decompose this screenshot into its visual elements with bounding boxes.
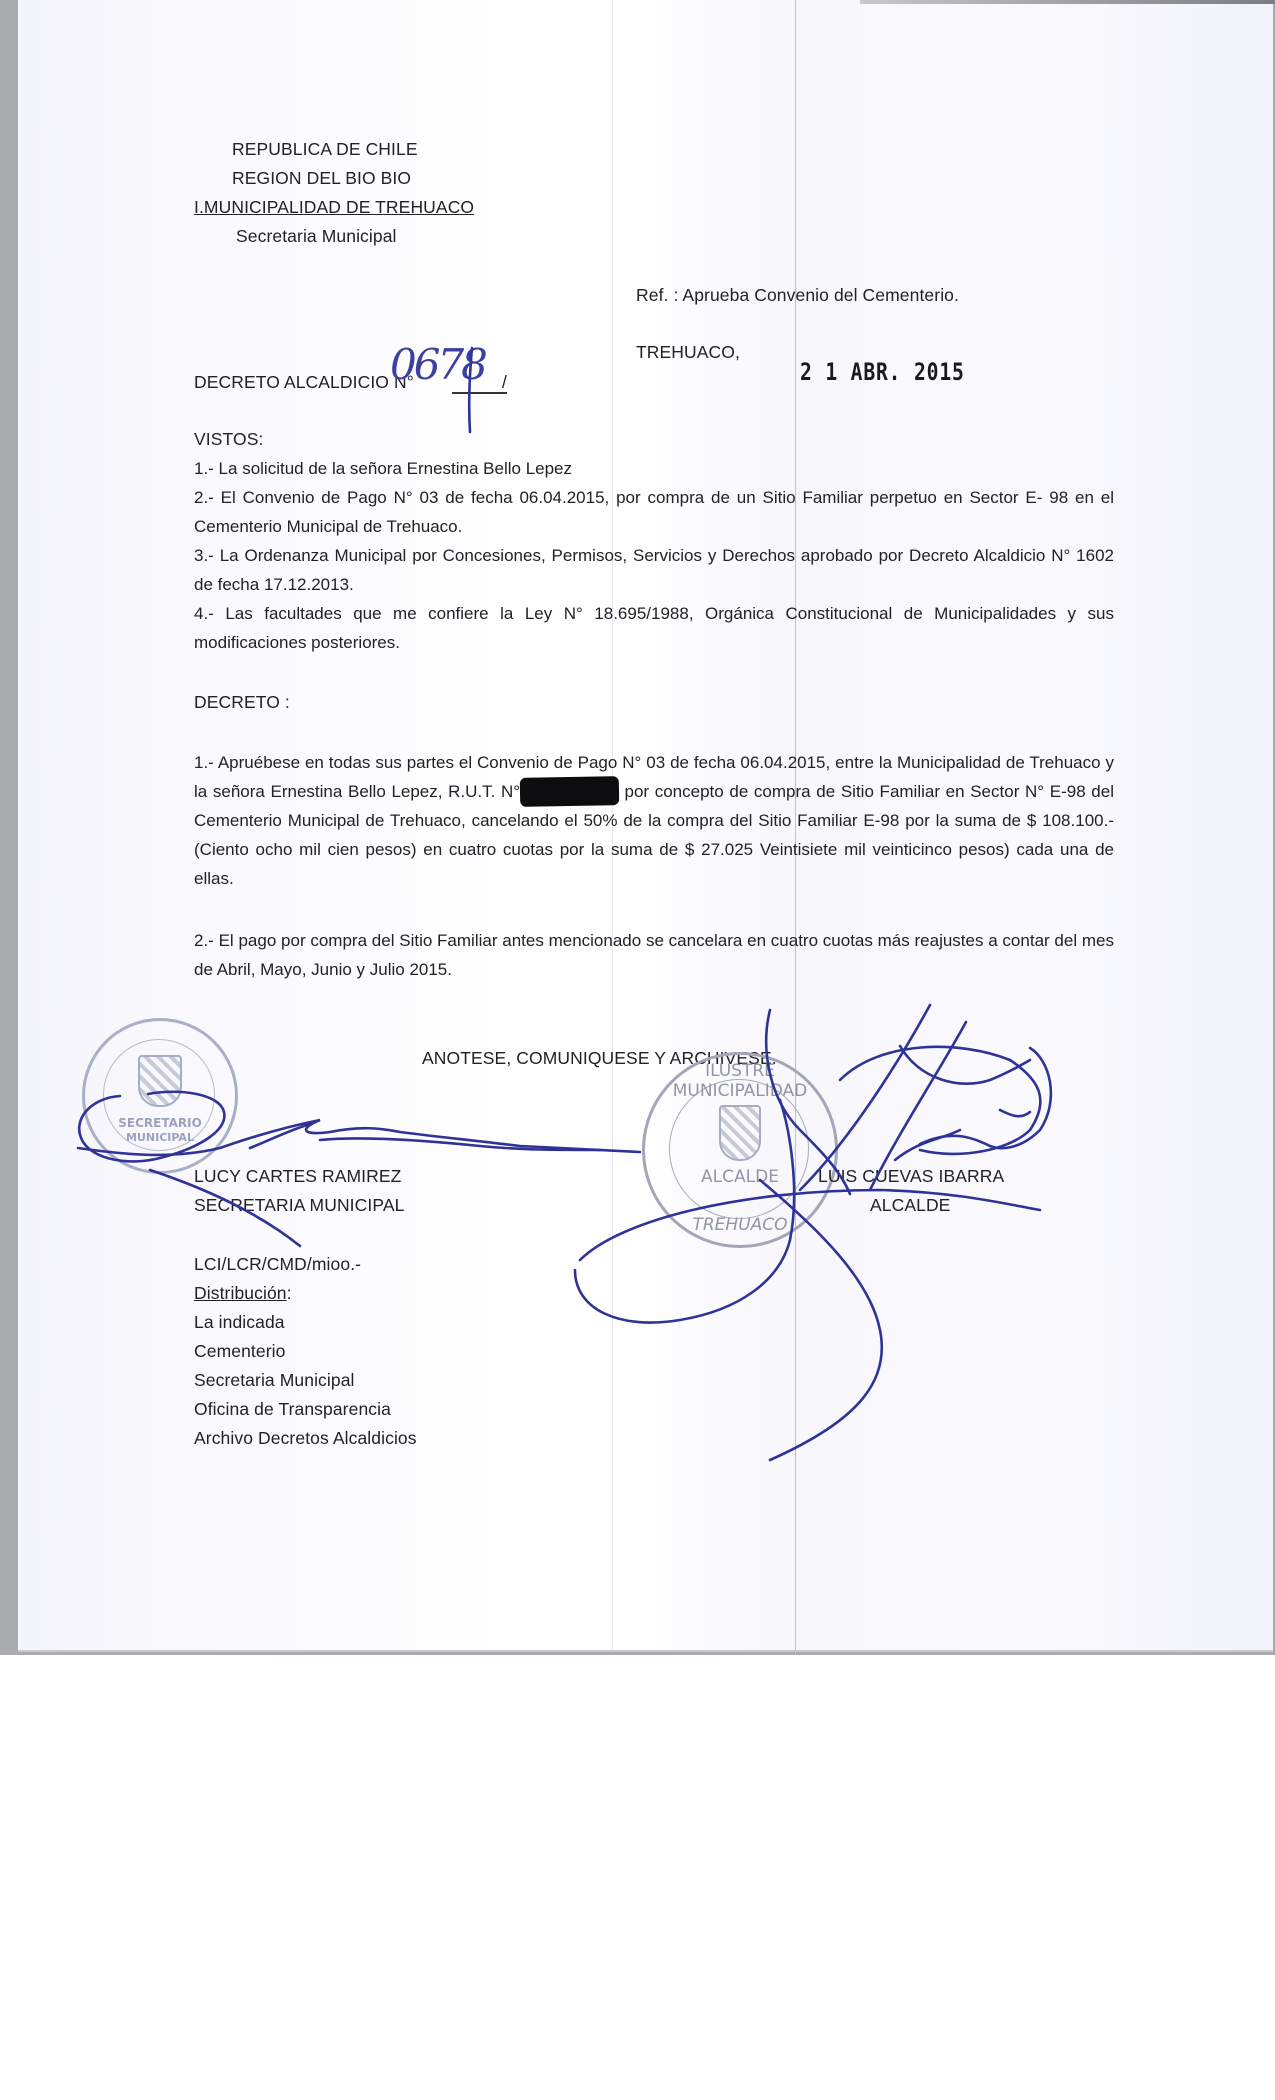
- mayor-seal-ring-top: ILUSTRE MUNICIPALIDAD: [645, 1061, 835, 1101]
- coat-of-arms-icon: [719, 1105, 761, 1161]
- decree-number-underline: [452, 392, 507, 394]
- distribution-title-label: Distribución: [194, 1283, 287, 1303]
- place-label: TREHUACO,: [636, 338, 740, 367]
- vistos-item-1: 1.- La solicitud de la señora Ernestina …: [194, 454, 1114, 483]
- distribution-title: Distribución:: [194, 1279, 292, 1308]
- mayor-name: LUIS CUEVAS IBARRA: [818, 1162, 1004, 1191]
- mayor-seal: ILUSTRE MUNICIPALIDAD ALCALDE TREHUACO: [642, 1052, 838, 1248]
- vistos-item-4: 4.- Las facultades que me confiere la Le…: [194, 599, 1114, 657]
- distribution-title-colon: :: [287, 1283, 292, 1303]
- distribution-item: Oficina de Transparencia: [194, 1395, 391, 1424]
- decree-number-handwritten: 0678: [390, 340, 485, 389]
- distribution-item: Cementerio: [194, 1337, 285, 1366]
- secretary-seal: SECRETARIO MUNICIPAL: [82, 1018, 238, 1174]
- initials: LCI/LCR/CMD/mioo.-: [194, 1250, 361, 1279]
- header-department: Secretaria Municipal: [236, 222, 397, 251]
- seal-center-1: SECRETARIO: [85, 1116, 235, 1130]
- mayor-title: ALCALDE: [870, 1191, 950, 1220]
- page-edge-shadow: [860, 0, 1275, 4]
- redacted-rut: 4.935.051-1: [520, 776, 619, 807]
- vistos-item-2: 2.- El Convenio de Pago N° 03 de fecha 0…: [194, 483, 1114, 541]
- mayor-seal-center: ALCALDE: [645, 1167, 835, 1187]
- header-municipality: I.MUNICIPALIDAD DE TREHUACO: [194, 193, 474, 222]
- secretary-title: SECRETARIA MUNICIPAL: [194, 1191, 404, 1220]
- distribution-item: La indicada: [194, 1308, 285, 1337]
- distribution-item: Archivo Decretos Alcaldicios: [194, 1424, 417, 1453]
- vistos-item-3: 3.- La Ordenanza Municipal por Concesion…: [194, 541, 1114, 599]
- decreto-title: DECRETO :: [194, 688, 290, 717]
- header-region: REGION DEL BIO BIO: [232, 164, 411, 193]
- decree-number-suffix: /: [502, 368, 507, 397]
- reference-line: Ref. : Aprueba Convenio del Cementerio.: [636, 281, 959, 310]
- decreto-item-1: 1.- Apruébese en todas sus partes el Con…: [194, 748, 1114, 893]
- mayor-seal-ring-bottom: TREHUACO: [645, 1215, 835, 1235]
- decree-label: DECRETO ALCALDICIO N°: [194, 368, 414, 397]
- header-republic: REPUBLICA DE CHILE: [232, 135, 418, 164]
- seal-center-2: MUNICIPAL: [85, 1131, 235, 1144]
- distribution-item: Secretaria Municipal: [194, 1366, 355, 1395]
- vistos-title: VISTOS:: [194, 425, 263, 454]
- date-stamp: 2 1 ABR. 2015: [800, 358, 965, 386]
- coat-of-arms-icon: [138, 1055, 182, 1107]
- secretary-name: LUCY CARTES RAMIREZ: [194, 1162, 401, 1191]
- decreto-item-2: 2.- El pago por compra del Sitio Familia…: [194, 926, 1114, 984]
